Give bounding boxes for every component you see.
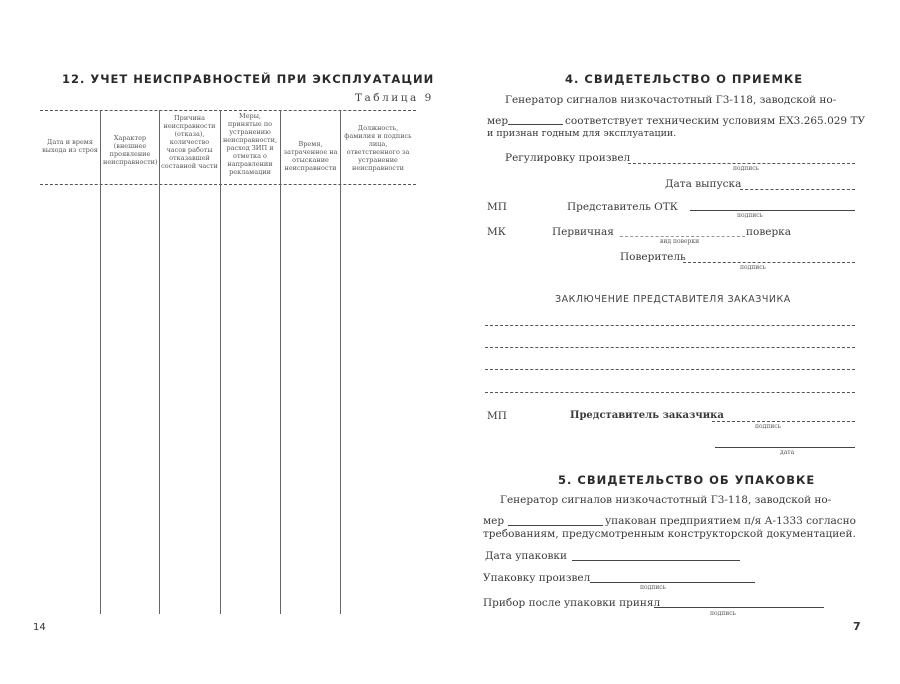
- table-top-border: [40, 110, 416, 111]
- page-number-right: 7: [853, 620, 861, 633]
- verification-label: поверка: [746, 226, 791, 238]
- section-title-acceptance: 4. СВИДЕТЕЛЬСТВО О ПРИЕМКЕ: [565, 72, 803, 86]
- packed-by-signature-field[interactable]: [590, 582, 755, 583]
- column-header-cause: Причина неисправности (отказа), количест…: [161, 114, 218, 170]
- mp-label-customer: МП: [487, 410, 507, 422]
- column-header-responsible: Должность, фамилия и подпись лица, ответ…: [342, 124, 414, 172]
- adjusted-by-label: Регулировку произвел: [505, 152, 630, 164]
- otk-rep-label: Представитель ОТК: [567, 201, 678, 213]
- column-header-date: Дата и время выхода из строя: [40, 138, 100, 154]
- conclusion-line-1[interactable]: [485, 325, 855, 326]
- acceptance-text-prefix: мер: [487, 115, 508, 127]
- accepted-label: Прибор после упаковки принял: [483, 597, 660, 609]
- conclusion-line-2[interactable]: [485, 347, 855, 348]
- table-header-border: [40, 184, 416, 185]
- column-divider: [340, 110, 341, 614]
- signature-hint: подпись: [640, 584, 666, 591]
- column-divider: [220, 110, 221, 614]
- otk-signature-field[interactable]: [690, 210, 855, 211]
- serial-number-field[interactable]: [508, 124, 563, 125]
- packing-text-line1: Генератор сигналов низкочастотный Г3-118…: [500, 494, 831, 506]
- column-header-time: Время, затраченное на отыскание неисправ…: [282, 140, 339, 172]
- primary-label: Первичная: [552, 226, 614, 238]
- signature-hint: подпись: [755, 423, 781, 430]
- signature-hint: подпись: [733, 165, 759, 172]
- verifier-label: Поверитель: [620, 251, 686, 263]
- packing-text-prefix: мер: [483, 515, 504, 527]
- signature-hint: подпись: [737, 212, 763, 219]
- section-title-packing: 5. СВИДЕТЕЛЬСТВО ОБ УПАКОВКЕ: [558, 473, 815, 487]
- pack-date-label: Дата упаковки: [485, 550, 567, 562]
- release-date-label: Дата выпуска: [665, 178, 741, 190]
- verification-type-hint: вид поверки: [660, 238, 699, 245]
- section-title-malfunctions: 12. УЧЕТ НЕИСПРАВНОСТЕЙ ПРИ ЭКСПЛУАТАЦИИ: [62, 72, 434, 86]
- packing-text-line3: требованиям, предусмотренным конструктор…: [483, 528, 856, 540]
- acceptance-text-line3: и признан годным для эксплуатации.: [487, 128, 676, 139]
- customer-conclusion-title: ЗАКЛЮЧЕНИЕ ПРЕДСТАВИТЕЛЯ ЗАКАЗЧИКА: [555, 294, 791, 305]
- release-date-field[interactable]: [740, 189, 855, 190]
- acceptance-text-line1: Генератор сигналов низкочастотный Г3-118…: [505, 94, 836, 106]
- pack-date-field[interactable]: [572, 560, 740, 561]
- date-hint: дата: [780, 449, 794, 456]
- customer-rep-signature-field[interactable]: [712, 421, 855, 422]
- packing-text-line2: упакован предприятием п/я А-1333 согласн…: [605, 515, 856, 527]
- verifier-signature-field[interactable]: [683, 262, 855, 263]
- column-header-character: Характер (внешнее проявление неисправнос…: [103, 134, 157, 166]
- packed-by-label: Упаковку произвел: [483, 572, 590, 584]
- adjusted-by-signature-field[interactable]: [628, 163, 855, 164]
- column-header-measures: Меры, принятые по устранению неисправнос…: [222, 112, 278, 176]
- conclusion-line-4[interactable]: [485, 392, 855, 393]
- accepted-signature-field[interactable]: [654, 607, 824, 608]
- packing-serial-number-field[interactable]: [508, 525, 603, 526]
- column-divider: [100, 110, 101, 614]
- signature-hint: подпись: [740, 264, 766, 271]
- column-divider: [280, 110, 281, 614]
- column-divider: [159, 110, 160, 614]
- acceptance-text-line2: соответствует техническим условиям ЕХ3.2…: [565, 115, 865, 127]
- mk-label: МК: [487, 226, 506, 238]
- table-label: Таблица 9: [355, 92, 434, 104]
- customer-rep-date-field[interactable]: [715, 447, 855, 448]
- signature-hint: подпись: [710, 610, 736, 617]
- verification-type-field[interactable]: [620, 236, 745, 237]
- page-number-left: 14: [33, 622, 46, 633]
- conclusion-line-3[interactable]: [485, 369, 855, 370]
- customer-rep-label: Представитель заказчика: [570, 410, 724, 421]
- mp-label: МП: [487, 201, 507, 213]
